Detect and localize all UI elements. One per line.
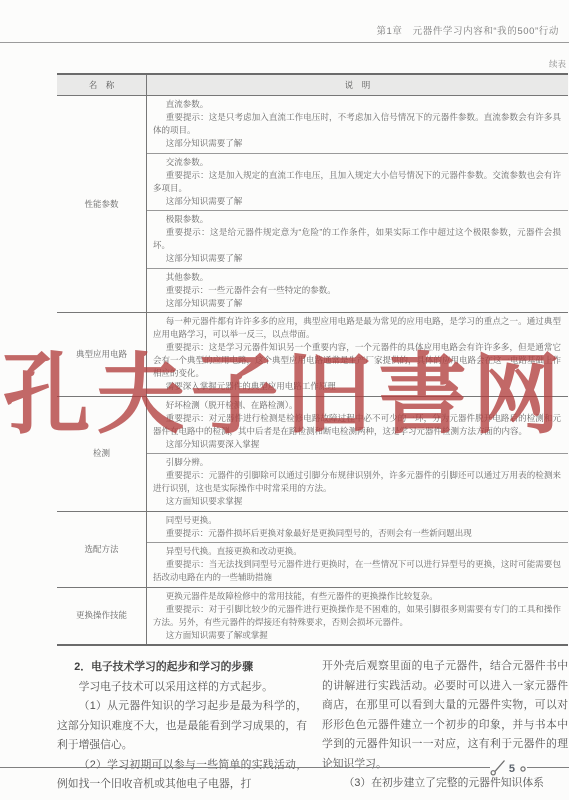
description-line: 重要提示：对于引脚比较少的元器件进行更换操作是不困难的，如果引脚很多则需要有专门… (153, 603, 561, 629)
description-line: 重要提示：元器件损坏后更换对象最好是更换同型号的，否则会有一些新问题出现 (153, 527, 561, 540)
description-subrow: 更换元器件是故障检修中的常用技能，有些元器件的更换操作比较复杂。 重要提示：对于… (147, 588, 568, 645)
table-row: 选配方法 同型号更换。 重要提示：元器件损坏后更换对象最好是更换同型号的，否则会… (57, 512, 568, 588)
description-line: 引脚分辨。 (153, 456, 561, 469)
description-subrow: 引脚分辨。 重要提示：元器件的引脚除可以通过引脚分布规律识别外，许多元器件的引脚… (147, 454, 568, 511)
row-name-cell: 选配方法 (57, 512, 147, 587)
description-line: 其他参数。 (153, 271, 561, 284)
description-line: 好坏检测（脱开检测、在路检测）。 (153, 399, 561, 412)
paragraph: 学习电子技术可以采用这样的方式起步。 (57, 678, 307, 698)
description-line: 这部分知识需要了解 (153, 297, 561, 310)
row-name-cell: 性能参数 (57, 96, 147, 312)
column-header-description: 说 明 (147, 75, 568, 95)
description-subrow: 同型号更换。 重要提示：元器件损坏后更换对象最好是更换同型号的，否则会有一些新问… (147, 512, 568, 544)
table-header-row: 名 称 说 明 (57, 75, 568, 96)
table-row: 典型应用电路 每一种元器件都有许许多多的应用，典型应用电路是最为常见的应用电路，… (57, 313, 568, 397)
footer-rule-end (527, 767, 569, 768)
row-description-cell: 每一种元器件都有许许多多的应用，典型应用电路是最为常见的应用电路，是学习的重点之… (147, 313, 568, 396)
row-description-cell: 好坏检测（脱开检测、在路检测）。 重要提示：对元器件进行检测是检修电路故障过程中… (147, 397, 568, 511)
row-name-cell: 检测 (57, 397, 147, 511)
description-line: 每一种元器件都有许许多多的应用，典型应用电路是最为常见的应用电路，是学习的重点之… (153, 315, 561, 341)
description-line: 这方面知识需要了解或掌握 (153, 629, 561, 642)
description-line: 这方面知识要求掌握 (153, 495, 561, 508)
description-subrow: 直流参数。 重要提示：这是只考虑加入直流工作电压时，不考虑加入信号情况下的元器件… (147, 96, 568, 154)
paragraph: （3）在初步建立了完整的元器件知识体系 (322, 774, 568, 794)
description-subrow: 交流参数。 重要提示：这是加入规定的直流工作电压，且加入规定大小信号情况下的元器… (147, 154, 568, 212)
row-description-cell: 直流参数。 重要提示：这是只考虑加入直流工作电压时，不考虑加入信号情况下的元器件… (147, 96, 568, 312)
book-page: 第1章 元器件学习内容和“我的500”行动 续表 名 称 说 明 性能参数 直流… (0, 0, 569, 800)
description-line: 这部分知识需要深入掌握 (153, 438, 561, 451)
switch-contact-icon (519, 765, 527, 773)
description-line: 更换元器件是故障检修中的常用技能，有些元器件的更换操作比较复杂。 (153, 590, 561, 603)
table-row: 更换操作技能 更换元器件是故障检修中的常用技能，有些元器件的更换操作比较复杂。 … (57, 588, 568, 645)
description-line: 重要提示：这是只考虑加入直流工作电压时，不考虑加入信号情况下的元器件参数。直流参… (153, 111, 561, 137)
row-description-cell: 同型号更换。 重要提示：元器件损坏后更换对象最好是更换同型号的，否则会有一些新问… (147, 512, 568, 587)
description-line: 同型号更换。 (153, 514, 561, 527)
row-name-cell: 更换操作技能 (57, 588, 147, 645)
description-line: 需要深入掌握元器件的典型应用电路工作原理 (153, 380, 561, 393)
table-row: 检测 好坏检测（脱开检测、在路检测）。 重要提示：对元器件进行检测是检修电路故障… (57, 397, 568, 512)
chapter-rule (0, 42, 569, 43)
description-line: 重要提示：当无法找到同型号元器件进行更换时，在一些情况下可以进行异型号的更换，这… (153, 558, 561, 584)
description-subrow: 其他参数。 重要提示：一些元器件会有一些特定的参数。 这部分知识需要了解 (147, 269, 568, 313)
row-description-cell: 更换元器件是故障检修中的常用技能，有些元器件的更换操作比较复杂。 重要提示：对于… (147, 588, 568, 645)
description-subrow: 异型号代换。直接更换和改动更换。 重要提示：当无法找到同型号元器件进行更换时，在… (147, 543, 568, 587)
description-line: 重要提示：元器件的引脚除可以通过引脚分布规律识别外，许多元器件的引脚还可以通过万… (153, 469, 561, 495)
switch-symbol-icon (490, 758, 508, 776)
page-footer: 5 (0, 758, 569, 776)
description-line: 重要提示：一些元器件会有一些特定的参数。 (153, 284, 561, 297)
description-line: 异型号代换。直接更换和改动更换。 (153, 545, 561, 558)
section-heading: 2．电子技术学习的起步和学习的步骤 (57, 658, 307, 678)
description-line: 交流参数。 (153, 156, 561, 169)
description-line: 这部分知识需要了解 (153, 252, 561, 265)
description-subrow: 极限参数。 重要提示：这是给元器件规定意为“危险”的工作条件，如果实际工作中超过… (147, 211, 568, 269)
row-name-cell: 典型应用电路 (57, 313, 147, 396)
paragraph: （1）从元器件知识的学习起步是最为科学的，这部分知识难度不大，也是最能看到学习成… (57, 697, 307, 756)
description-line: 重要提示：对元器件进行检测是检修电路故障过程中必不可少的一环，分为元器件脱开电路… (153, 412, 561, 438)
description-line: 这部分知识需要了解 (153, 137, 561, 150)
chapter-running-head: 第1章 元器件学习内容和“我的500”行动 (0, 0, 569, 42)
description-line: 重要提示：这是加入规定的直流工作电压，且加入规定大小信号情况下的元器件参数。交流… (153, 169, 561, 195)
paragraph-continuation: 开外壳后观察里面的电子元器件，结合元器件书中的讲解进行实践活动。必要时可以进入一… (322, 657, 568, 774)
description-subrow: 每一种元器件都有许许多多的应用，典型应用电路是最为常见的应用电路，是学习的重点之… (147, 313, 568, 396)
description-line: 极限参数。 (153, 213, 561, 226)
description-line: 直流参数。 (153, 98, 561, 111)
table-continued-label: 续表 (0, 58, 566, 70)
description-line: 重要提示：这是学习元器件知识另一个重要内容，一个元器件的具体应用电路会有许许多多… (153, 341, 561, 380)
component-knowledge-table: 名 称 说 明 性能参数 直流参数。 重要提示：这是只考虑加入直流工作电压时，不… (57, 73, 568, 646)
description-line: 重要提示：这是给元器件规定意为“危险”的工作条件，如果实际工作中超过这个极限参数… (153, 226, 561, 252)
description-subrow: 好坏检测（脱开检测、在路检测）。 重要提示：对元器件进行检测是检修电路故障过程中… (147, 397, 568, 455)
description-line: 这部分知识需要了解 (153, 195, 561, 208)
column-header-name: 名 称 (57, 75, 147, 95)
footer-rule (0, 767, 490, 768)
page-number: 5 (509, 763, 515, 775)
table-row: 性能参数 直流参数。 重要提示：这是只考虑加入直流工作电压时，不考虑加入信号情况… (57, 96, 568, 313)
